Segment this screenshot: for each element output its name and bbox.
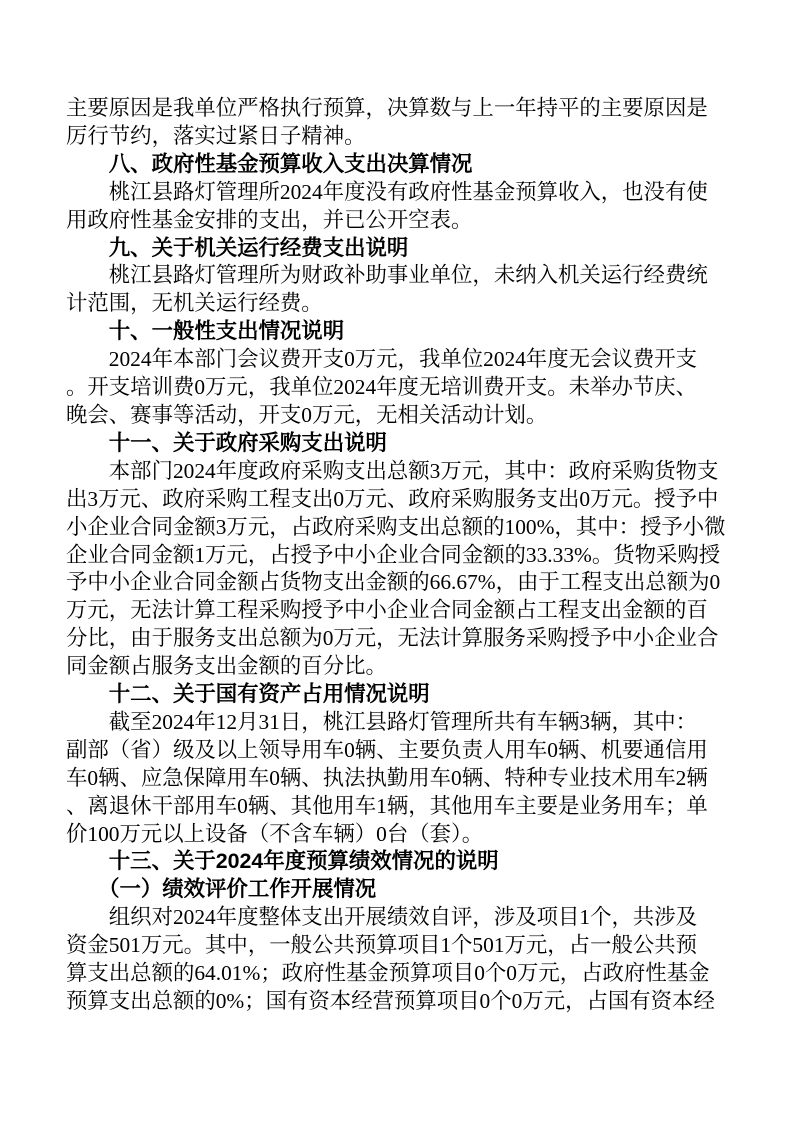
text-line: 价100万元以上设备（不含车辆）0台（套）。 <box>66 821 730 849</box>
text-line: 分比，由于服务支出总额为0万元，无法计算服务采购授予中小企业合 <box>66 625 730 653</box>
text-line: 车0辆、应急保障用车0辆、执法执勤用车0辆、特种专业技术用车2辆 <box>66 765 730 793</box>
text-line: 、离退休干部用车0辆、其他用车1辆，其他用车主要是业务用车；单 <box>66 793 730 821</box>
paragraph: 组织对2024年度整体支出开展绩效自评，涉及项目1个，共涉及资金501万元。其中… <box>66 904 730 1016</box>
text-line: 十二、关于国有资产占用情况说明 <box>66 681 730 709</box>
text-line: （一）绩效评价工作开展情况 <box>66 876 730 904</box>
paragraph: 截至2024年12月31日，桃江县路灯管理所共有车辆3辆，其中：副部（省）级及以… <box>66 709 730 849</box>
section-heading: 十一、关于政府采购支出说明 <box>66 430 730 458</box>
paragraph: 桃江县路灯管理所为财政补助事业单位，未纳入机关运行经费统计范围，无机关运行经费。 <box>66 262 730 318</box>
text-line: 2024年本部门会议费开支0万元，我单位2024年度无会议费开支 <box>66 346 730 374</box>
text-line: 。开支培训费0万元，我单位2024年度无培训费开支。未举办节庆、 <box>66 374 730 402</box>
document-page: 主要原因是我单位严格执行预算，决算数与上一年持平的主要原因是厉行节约，落实过紧日… <box>0 0 793 1122</box>
section-heading: 十二、关于国有资产占用情况说明 <box>66 681 730 709</box>
text-line: 截至2024年12月31日，桃江县路灯管理所共有车辆3辆，其中： <box>66 709 730 737</box>
text-line: 本部门2024年度政府采购支出总额3万元，其中：政府采购货物支 <box>66 458 730 486</box>
section-heading: 十三、关于2024年度预算绩效情况的说明 <box>66 848 730 876</box>
text-line: 出3万元、政府采购工程支出0万元、政府采购服务支出0万元。授予中 <box>66 486 730 514</box>
text-line: 副部（省）级及以上领导用车0辆、主要负责人用车0辆、机要通信用 <box>66 737 730 765</box>
section-heading: 十、一般性支出情况说明 <box>66 318 730 346</box>
paragraph: 本部门2024年度政府采购支出总额3万元，其中：政府采购货物支出3万元、政府采购… <box>66 458 730 681</box>
section-heading: 九、关于机关运行经费支出说明 <box>66 235 730 263</box>
text-line: 桃江县路灯管理所2024年度没有政府性基金预算收入，也没有使 <box>66 179 730 207</box>
paragraph: 桃江县路灯管理所2024年度没有政府性基金预算收入，也没有使用政府性基金安排的支… <box>66 179 730 235</box>
text-line: 资金501万元。其中，一般公共预算项目1个501万元，占一般公共预 <box>66 932 730 960</box>
text-line: 计范围，无机关运行经费。 <box>66 290 730 318</box>
text-line: 厉行节约，落实过紧日子精神。 <box>66 123 730 151</box>
section-heading: （一）绩效评价工作开展情况 <box>66 876 730 904</box>
text-line: 小企业合同金额3万元，占政府采购支出总额的100%，其中：授予小微 <box>66 514 730 542</box>
text-line: 予中小企业合同金额占货物支出金额的66.67%，由于工程支出总额为0 <box>66 569 730 597</box>
text-line: 十三、关于2024年度预算绩效情况的说明 <box>66 848 730 876</box>
document-content: 主要原因是我单位严格执行预算，决算数与上一年持平的主要原因是厉行节约，落实过紧日… <box>66 95 730 1016</box>
text-line: 十、一般性支出情况说明 <box>66 318 730 346</box>
text-line: 万元，无法计算工程采购授予中小企业合同金额占工程支出金额的百 <box>66 597 730 625</box>
text-line: 企业合同金额1万元，占授予中小企业合同金额的33.33%。货物采购授 <box>66 542 730 570</box>
text-line: 主要原因是我单位严格执行预算，决算数与上一年持平的主要原因是 <box>66 95 730 123</box>
text-line: 八、政府性基金预算收入支出决算情况 <box>66 151 730 179</box>
text-line: 组织对2024年度整体支出开展绩效自评，涉及项目1个，共涉及 <box>66 904 730 932</box>
paragraph: 2024年本部门会议费开支0万元，我单位2024年度无会议费开支。开支培训费0万… <box>66 346 730 430</box>
text-line: 算支出总额的64.01%；政府性基金预算项目0个0万元，占政府性基金 <box>66 960 730 988</box>
section-heading: 八、政府性基金预算收入支出决算情况 <box>66 151 730 179</box>
text-line: 九、关于机关运行经费支出说明 <box>66 235 730 263</box>
text-line: 用政府性基金安排的支出，并已公开空表。 <box>66 207 730 235</box>
text-line: 晚会、赛事等活动，开支0万元，无相关活动计划。 <box>66 402 730 430</box>
text-line: 十一、关于政府采购支出说明 <box>66 430 730 458</box>
text-line: 预算支出总额的0%；国有资本经营预算项目0个0万元，占国有资本经 <box>66 988 730 1016</box>
text-line: 桃江县路灯管理所为财政补助事业单位，未纳入机关运行经费统 <box>66 262 730 290</box>
text-line: 同金额占服务支出金额的百分比。 <box>66 653 730 681</box>
paragraph: 主要原因是我单位严格执行预算，决算数与上一年持平的主要原因是厉行节约，落实过紧日… <box>66 95 730 151</box>
